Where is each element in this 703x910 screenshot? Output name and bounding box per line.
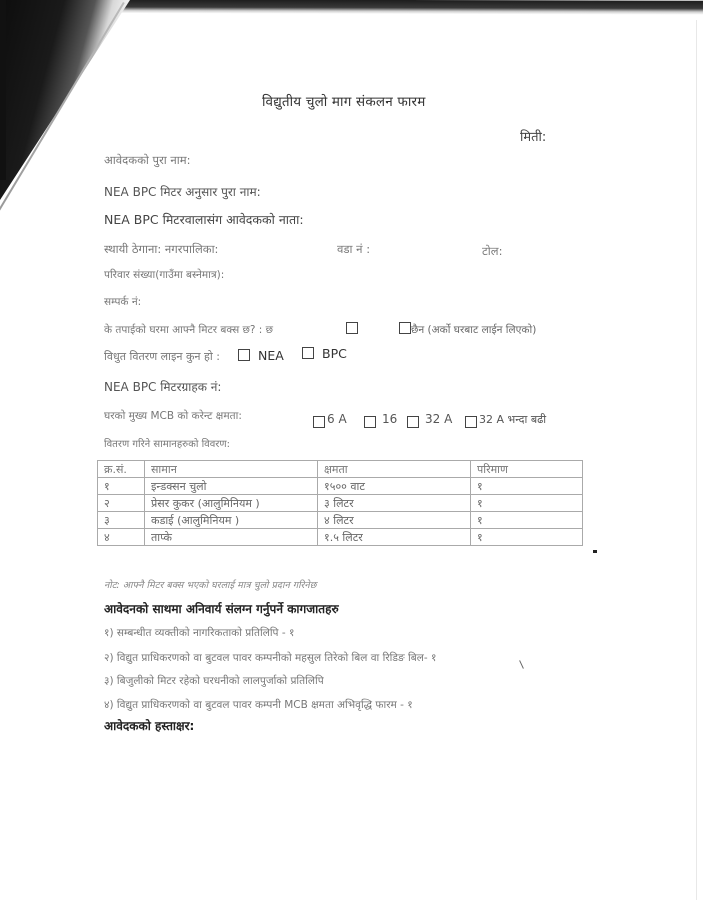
scan-speck xyxy=(593,550,597,553)
checkbox[interactable] xyxy=(346,322,358,334)
meter-owner-name-field[interactable]: NEA BPC मिटर अनुसार पुरा नाम: xyxy=(104,183,261,200)
mcb-capacity-question: घरको मुख्य MCB को करेन्ट क्षमता: xyxy=(104,409,242,423)
table-row: ४ ताप्के १.५ लिटर १ xyxy=(98,529,583,546)
form-title: विद्युतीय चुलो माग संकलन फारम xyxy=(262,92,426,110)
address-field[interactable]: स्थायी ठेगाना: नगरपालिका: xyxy=(104,242,218,257)
checkbox[interactable] xyxy=(313,416,325,428)
mcb-6a-label: 6 A xyxy=(327,412,347,426)
cell-capacity: १.५ लिटर xyxy=(318,529,471,546)
cell-capacity: ३ लिटर xyxy=(318,495,471,512)
signature-field[interactable]: आवेदकको हस्ताक्षर: xyxy=(104,717,194,734)
checkbox[interactable] xyxy=(407,416,419,428)
meter-box-yes-option[interactable] xyxy=(346,322,362,336)
note-text: नोट: आफ्नै मिटर बक्स भएको घरलाई मात्र चु… xyxy=(104,578,316,591)
checkbox[interactable] xyxy=(364,416,376,428)
table-header-row: क्र.सं. सामान क्षमता परिमाण xyxy=(98,461,583,478)
tole-field[interactable]: टोल: xyxy=(482,244,502,259)
cell-serial: २ xyxy=(98,495,145,512)
scan-shadow xyxy=(115,0,703,15)
checkbox[interactable] xyxy=(302,347,314,359)
scan-mark xyxy=(519,660,524,669)
date-field[interactable]: मिती: xyxy=(520,127,546,145)
mcb-16-option[interactable]: 16 xyxy=(364,412,397,430)
checkbox[interactable] xyxy=(238,349,250,361)
cell-capacity: १५०० वाट xyxy=(318,478,471,495)
cell-capacity: ४ लिटर xyxy=(318,512,471,529)
cell-quantity: १ xyxy=(471,478,583,495)
cell-item: प्रेसर कुकर (आलुमिनियम ) xyxy=(145,495,318,512)
meter-box-question: के तपाईको घरमा आफ्नै मिटर बक्स छ? : छ xyxy=(104,323,273,337)
mcb-above-32a-label: 32 A भन्दा बढी xyxy=(479,413,546,426)
mcb-32a-label: 32 A xyxy=(425,412,452,426)
relation-field[interactable]: NEA BPC मिटरवालासंग आवेदकको नाता: xyxy=(104,211,304,228)
header-serial: क्र.सं. xyxy=(98,461,145,478)
header-quantity: परिमाण xyxy=(471,461,583,478)
scan-shadow xyxy=(0,0,6,180)
nea-label: NEA xyxy=(258,348,284,363)
nea-option[interactable]: NEA xyxy=(238,348,284,363)
table-row: १ इन्डक्सन चुलो १५०० वाट १ xyxy=(98,478,583,495)
contact-field[interactable]: सम्पर्क नं: xyxy=(104,295,141,309)
mcb-32a-option[interactable]: 32 A xyxy=(407,412,452,430)
meter-box-no-option[interactable]: छैन (अर्को घरबाट लाईन लिएको) xyxy=(399,322,536,337)
cell-serial: १ xyxy=(98,478,145,495)
distributed-items-label: वितरण गरिने सामानहरुको विवरण: xyxy=(104,436,230,450)
mcb-6a-option[interactable]: 6 A xyxy=(313,412,347,430)
items-table: क्र.सं. सामान क्षमता परिमाण १ इन्डक्सन च… xyxy=(97,460,583,546)
table-row: ३ कडाई (आलुमिनियम ) ४ लिटर १ xyxy=(98,512,583,529)
required-docs-title: आवेदनको साथमा अनिवार्य संलग्न गर्नुपर्ने… xyxy=(104,600,339,617)
meter-box-no-label: छैन (अर्को घरबाट लाईन लिएको) xyxy=(411,324,536,336)
applicant-name-field[interactable]: आवेदकको पुरा नाम: xyxy=(104,153,191,168)
cell-serial: ४ xyxy=(98,529,145,546)
required-doc-item: ३) बिजुलीको मिटर रहेको घरधनीको लालपुर्जा… xyxy=(104,674,324,688)
form-page: विद्युतीय चुलो माग संकलन फारम मिती: आवेद… xyxy=(0,0,703,910)
cell-item: कडाई (आलुमिनियम ) xyxy=(145,512,318,529)
checkbox[interactable] xyxy=(399,322,411,334)
required-doc-item: १) सम्बन्धीत व्यक्तीको नागरिकताको प्रतिल… xyxy=(104,626,294,640)
cell-quantity: १ xyxy=(471,495,583,512)
family-count-field[interactable]: परिवार संख्या(गाउँमा बस्नेमात्र): xyxy=(104,268,224,282)
checkbox[interactable] xyxy=(465,416,477,428)
table-row: २ प्रेसर कुकर (आलुमिनियम ) ३ लिटर १ xyxy=(98,495,583,512)
mcb-above-32a-option[interactable]: 32 A भन्दा बढी xyxy=(465,412,546,430)
header-capacity: क्षमता xyxy=(318,461,471,478)
header-item: सामान xyxy=(145,461,318,478)
distribution-line-question: विधुत वितरण लाइन कुन हो : xyxy=(104,349,220,364)
cell-serial: ३ xyxy=(98,512,145,529)
cell-quantity: १ xyxy=(471,512,583,529)
required-doc-item: २) विद्युत प्राधिकरणको वा बुटवल पावर कम्… xyxy=(104,651,436,665)
required-doc-item: ४) विद्युत प्राधिकरणको वा बुटवल पावर कम्… xyxy=(104,698,413,712)
bpc-label: BPC xyxy=(322,346,347,361)
bpc-option[interactable]: BPC xyxy=(302,346,347,361)
page-edge xyxy=(696,20,697,900)
mcb-16-label: 16 xyxy=(382,412,397,426)
cell-quantity: १ xyxy=(471,529,583,546)
cell-item: ताप्के xyxy=(145,529,318,546)
cell-item: इन्डक्सन चुलो xyxy=(145,478,318,495)
ward-field[interactable]: वडा नं : xyxy=(337,242,370,257)
meter-customer-no-field[interactable]: NEA BPC मिटरग्राहक नं: xyxy=(104,378,221,395)
